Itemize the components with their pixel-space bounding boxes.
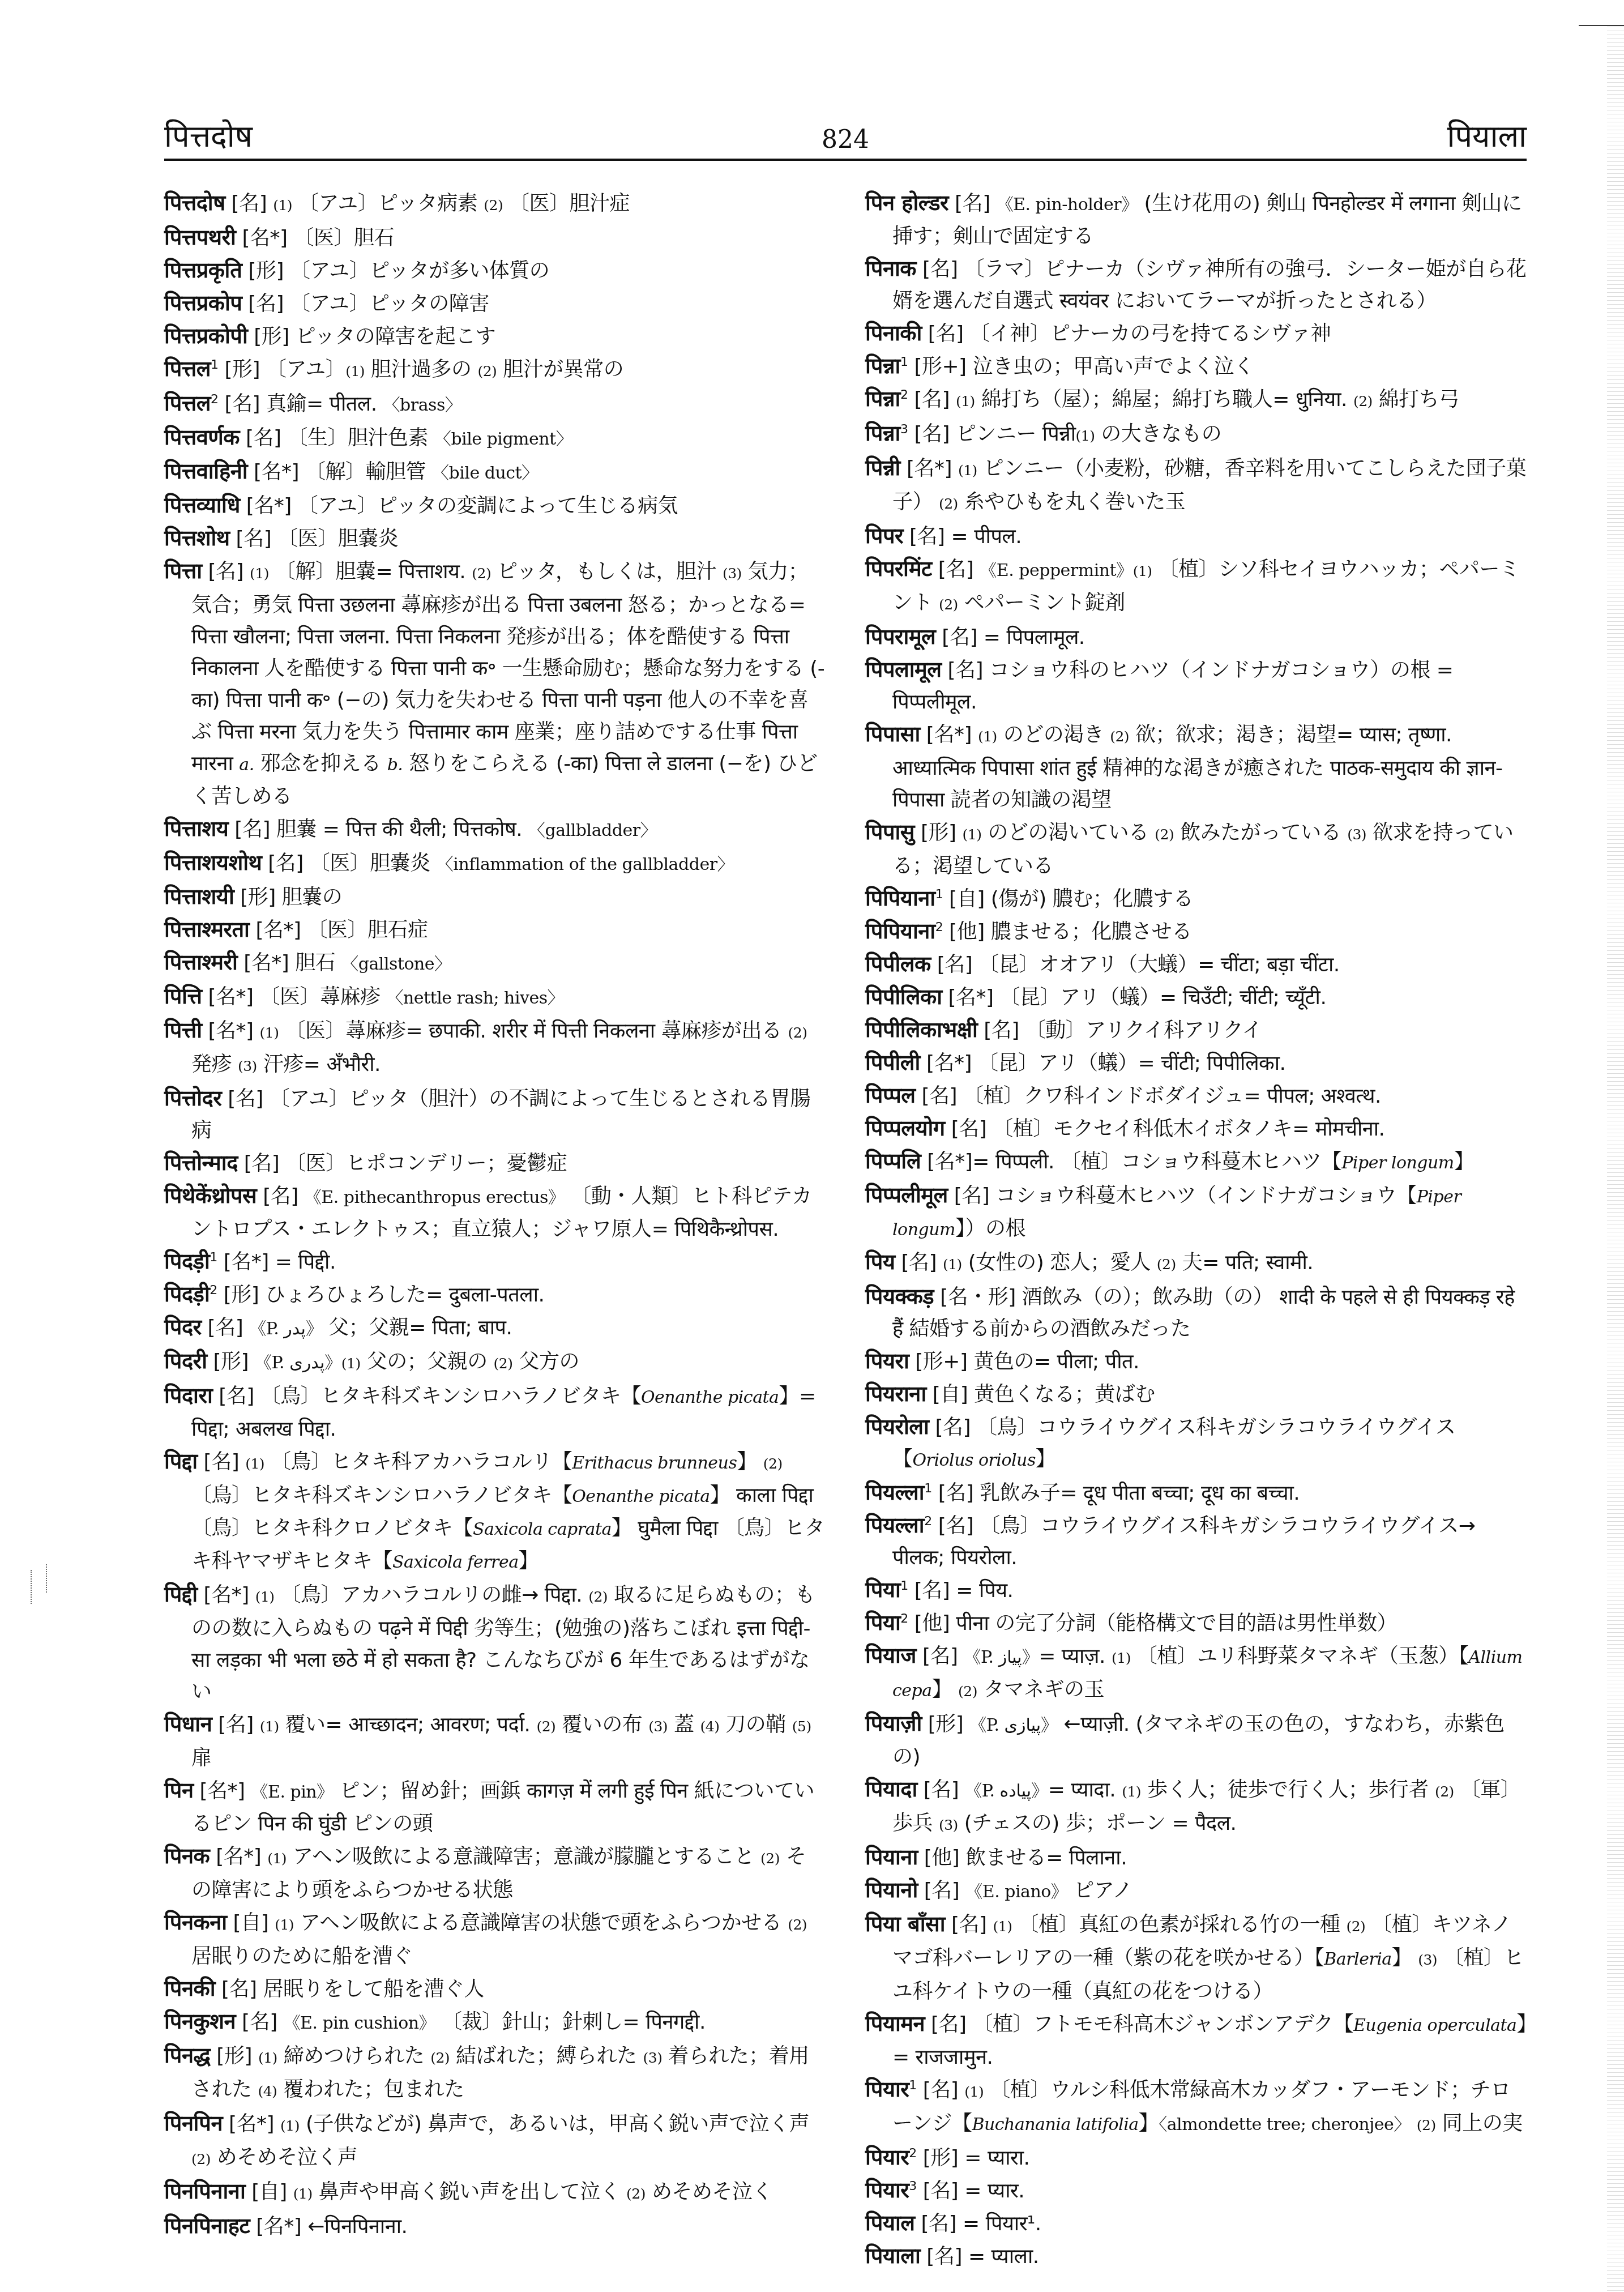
headword: पित्तवर्णक [164,425,240,450]
definition-text: [名] [198,1450,245,1474]
definition-text: [名*] [198,1584,255,1607]
headword: पिपीलिकाभक्षी [865,1017,977,1042]
definition-text: [他] पीना の完了分詞（能格構文で目的語は男性単数） [908,1612,1398,1635]
sense-number: (1) [293,2186,313,2202]
sense-number: (1) [993,1918,1012,1935]
headword: पिनकुशन [164,2009,236,2034]
left-column: पित्तदोष [名] (1) 〔アユ〕ピッタ病素 (2) 〔医〕胆汁症पित… [164,187,826,2243]
headword: पिया [865,1577,900,1602]
definition-text: 】 [1454,1150,1475,1173]
sense-number: (1) [275,1917,294,1933]
etymology-gloss: 《P. پدری》 [255,1353,341,1373]
homograph-number: 1 [900,355,908,369]
dictionary-entry: पिय [名] (1) (女性の) 恋人；愛人 (2) 夫= पति; स्वा… [865,1246,1527,1281]
definition-text: 胆汁が異常の [497,358,623,381]
headword: पित्तोदर [164,1086,221,1111]
headword: पित्तल [164,356,211,381]
dictionary-entry: पिदारा [名] 〔鳥〕ヒタキ科ズキンシロハラノビタキ【Oenanthe p… [164,1380,826,1445]
definition-text: [名] 〔生〕胆汁色素 [240,426,434,450]
definition-text: [名*] [194,1779,251,1803]
definition-text: [名] [917,2078,964,2102]
definition-text: [名・形] 酒飲み（の）；飲み助（の） शादी के पहले से ही प… [892,1286,1515,1341]
sense-number: (2) [788,1917,807,1933]
homograph-number: 1 [210,1250,217,1265]
headword: पिप्पल [865,1083,915,1108]
headword: पित्तल [164,391,211,416]
headword: पिनक [164,1843,210,1868]
dictionary-entry: पियरोला [名] 〔鳥〕コウライウグイス科キガシラコウライウグイス【Ori… [865,1411,1527,1476]
definition-text: [名*] [900,457,958,480]
dictionary-entry: पित्ताशय [名] 胆嚢 = पित्त की थैली; पित्तको… [164,813,826,847]
dictionary-entry: पिदर [名] 《P. پدر》 父；父親= पिता; बाप. [164,1311,826,1345]
sense-number: (3) [643,2050,663,2066]
sense-number: (2) [1346,1918,1365,1935]
definition-text: 〔アユ〕ピッタ病素 [292,192,484,215]
headword: पियल्ला [865,1480,924,1505]
definition-text: [名] 〔鳥〕コウライウグイス科キガシラコウライウグイス→ पीलक; पियर… [892,1514,1475,1569]
dictionary-entry: पित्तप्रकोपी [形] ピッタの障害を起こす [164,320,826,353]
dictionary-entry: पियल्ला1 [名] 乳飲み子= दूध पीता बच्चा; दूध क… [865,1476,1527,1509]
scientific-name: a. [239,755,254,775]
headword: पिदर [164,1314,202,1339]
headword: पिनद्ध [164,2043,210,2068]
definition-text: [名] 〔昆〕オオアリ（大蟻）= चींटा; बड़ा चींटा. [931,953,1340,976]
homograph-number: 1 [909,2078,917,2093]
headword: पियराना [865,1381,926,1406]
dictionary-entry: पिन्नी [名*] (1) ピンニー（小麦粉，砂糖，香辛料を用いてこしらえた… [865,452,1527,520]
headword: पिय [865,1249,895,1274]
dictionary-entry: पित्तवाहिनी [名*] 〔解〕輸胆管 〈bile duct〉 [164,455,826,489]
definition-text: [名] 〔アユ〕ピッタの障害 [242,292,489,315]
sense-number: (1) [978,728,997,745]
dictionary-entry: पिपर [名] = पीपल. [865,520,1527,553]
definition-text: [名] 乳飲み子= दूध पीता बच्चा; दूध का बच्चा. [932,1482,1300,1505]
definition-text: の大きなもの [1095,422,1221,446]
definition-text: [名] [918,1879,965,1902]
headword: पिदड़ी [164,1249,210,1274]
definition-text: [名] [932,558,980,581]
definition-text: 居眠りのために船を漕ぐ [191,1945,413,1968]
definition-text: 蓋 [668,1713,700,1736]
scientific-name: Saxicola ferrea [392,1552,519,1572]
etymology-gloss: 《E. pin》 [251,1782,334,1802]
definition-text: [自] [227,1911,275,1935]
definition-text: 歩く人；徒歩で行く人；歩行者 [1141,1778,1435,1802]
homograph-number: 1 [900,1579,908,1593]
headword: पिनकी [164,1976,215,2001]
definition-text: 】 [1036,1448,1056,1471]
sense-number: (2) [939,496,958,512]
definition-text: 〔裁〕針山；針刺し= पिनगद्दी. [435,2011,706,2034]
definition-text: [名] 〔医〕胆嚢炎 [262,852,436,875]
headword: पिपलामूल [865,657,942,682]
scientific-name: Erithacus brunneus [572,1453,737,1473]
definition-text: 〔鳥〕アカハラコルリの雌→ पिद्दा. [275,1584,589,1607]
definition-text: = प्यादा. [1048,1778,1122,1802]
dictionary-entry: पित्ताशयशोथ [名] 〔医〕胆嚢炎 〈inflammation of … [164,847,826,881]
definition-text: [形] 胆嚢の [234,886,342,909]
sense-number: (3) [939,1817,958,1833]
dictionary-entry: पियामन [名] 〔植〕フトモモ科高木ジャンボンアデク【Eugenia op… [865,2008,1527,2073]
headword: पिप्पलयोग [865,1116,945,1141]
sense-number: (2) [1353,393,1373,409]
definition-text: [形+] 泣き虫の；甲高い声でよく泣く [908,355,1254,378]
definition-text: 綿打ち弓 [1373,388,1459,411]
definition-text: [他] 飲ませる= पिलाना. [918,1846,1127,1870]
definition-text: 〔医〕蕁麻疹= छपाकी. शरीर में पित्ती निकलना 蕁麻… [279,1019,788,1043]
definition-text: [名] [917,1778,965,1802]
dictionary-entry: पित्तशोथ [名] 〔医〕胆嚢炎 [164,522,826,555]
dictionary-entry: पिप्पलि [名*]= पिप्पली. 〔植〕コショウ科蔓木ヒハツ【Pip… [865,1145,1527,1179]
headword: पिनपिनाना [164,2179,245,2204]
scientific-name: Eugenia operculata [1353,2016,1516,2035]
dictionary-entry: पिथेकेंथ्रोपस [名] 《E. pithecanthropus er… [164,1180,826,1245]
headword: पित्ता [164,558,202,583]
dictionary-entry: पियाला [名] = प्याला. [865,2240,1527,2273]
headword: पिपीली [865,1050,920,1075]
dictionary-entry: पियक्कड़ [名・形] 酒飲み（の）；飲み助（の） शादी के पहल… [865,1281,1527,1345]
headword: पियार [865,2145,909,2170]
headword: पित्ताशय [164,816,228,841]
sense-number: (1) [267,1850,287,1867]
definition-text: ピアノ [1067,1879,1132,1902]
headword: पिदारा [164,1383,212,1408]
definition-text: ペパーミント錠剤 [958,591,1125,614]
definition-text: 〔鳥〕ヒタキ科アカハラコルリ【 [264,1450,572,1474]
page-header: पित्तदोष 824 पियाला [164,113,1527,161]
definition-text: 綿打ち（屋）；綿屋；綿打ち職人= धुनिया. [975,388,1353,411]
definition-text: [名] 〔アユ〕ピッタ（胆汁）の不調によって生じるとされる胃腸病 [191,1087,810,1142]
definition-text: [形] 〔アユ〕 [218,358,345,381]
sense-number: (1) [280,2118,300,2134]
headword: पिनपिनाहट [164,2213,250,2238]
headword: पिदड़ी [164,1282,210,1307]
definition-text [1411,2112,1417,2135]
sense-number: (2) [1157,1256,1176,1273]
dictionary-entry: पियार2 [形] = प्यारा. [865,2141,1527,2174]
dictionary-entry: पित्ताशयी [形] 胆嚢の [164,881,826,914]
dictionary-entry: पियादा [名] 《P. پیاده》= प्यादा. (1) 歩く人；徒… [865,1773,1527,1841]
dictionary-entry: पिपरामूल [名] = पिपलामूल. [865,621,1527,654]
scientific-name: b. [387,755,403,775]
homograph-number: 2 [210,1283,217,1297]
definition-text: [名*] 〔アユ〕ピッタの変調によって生じる病気 [240,494,678,518]
dictionary-entry: पिदरी [形] 《P. پدری》(1) 父の；父親の (2) 父方の [164,1345,826,1380]
dictionary-entry: पिनद्ध [形] (1) 締めつけられた (2) 結ばれた；縛られた (3)… [164,2039,826,2107]
definition-text: = प्याज़. [1038,1645,1112,1668]
definition-text: 〔植〕ユリ科野菜タマネギ（玉葱）【 [1131,1645,1468,1668]
definition-text: [形] [210,2045,258,2068]
dictionary-entry: पियानो [名] 《E. piano》 ピアノ [865,1874,1527,1908]
definition-text: [名*]= पिप्पली. 〔植〕コショウ科蔓木ヒハツ【 [921,1150,1341,1173]
definition-text: [名] = पिपलामूल. [935,626,1084,649]
headword: पिन्ना [865,386,900,411]
headword: पिथेकेंथ्रोपस [164,1183,257,1208]
sense-number: (1) [956,393,975,409]
page-number: 824 [822,125,869,154]
page-edge-shadow [1607,25,1624,2292]
headword: पित्तदोष [164,190,225,215]
etymology-gloss: 〈bile pigment〉 [434,429,572,449]
definition-text: [名] [948,192,996,215]
sense-number: (1) [255,1589,275,1605]
sense-number: (2) [788,1025,807,1041]
dictionary-entry: पित्तोन्माद [名] 〔医〕ヒポコンデリー；憂鬱症 [164,1147,826,1180]
definition-text: 】 [932,1678,958,1701]
definition-text: [形+] 黄色の= पीला; पीत. [909,1350,1139,1373]
headword: पिनाकी [865,321,922,345]
definition-text: 飲みたがっている [1174,821,1347,844]
sense-number: (2) [1155,826,1174,843]
definition-text: [名*] ←पिनपिनाना. [250,2215,407,2238]
headword: पित्तोन्माद [164,1150,238,1175]
definition-text: [名] 〔イ神〕ピナーカの弓を持てるシヴァ神 [922,322,1331,345]
dictionary-entry: पिपलामूल [名] コショウ科のヒハツ（インドナガコショウ）の根 = पि… [865,654,1527,718]
headword: पियादा [865,1777,917,1802]
dictionary-entry: पिपासु [形] (1) のどの渇いている (2) 飲みたがっている (3)… [865,816,1527,882]
dictionary-entry: पिनक [名*] (1) アヘン吸飲による意識障害；意識が朦朧とすること (2… [164,1840,826,1906]
sense-number: (3) [238,1058,257,1074]
definition-text: [名*] 〔解〕輸胆管 [247,460,432,484]
dictionary-entry: पिपीलिका [名*] 〔昆〕アリ（蟻）= चिउँटी; चींटी; च… [865,981,1527,1014]
homograph-number: 1 [211,358,219,372]
etymology-gloss: 〈almondette tree; cheronjee〉 [1159,2115,1411,2135]
dictionary-entry: पिप्पलयोग [名] 〔植〕モクセイ科低木イボタノキ= मोमचीना. [865,1112,1527,1145]
headword: पिया [865,1610,900,1635]
sense-number: (1) [1112,1650,1131,1666]
definition-text: 】）の根 [955,1217,1025,1240]
dictionary-entry: पियाना [他] 飲ませる= पिलाना. [865,1841,1527,1874]
definition-text: [名*] [223,2112,280,2136]
sense-number: (2) [939,596,958,613]
definition-text: [名] = प्याला. [920,2245,1038,2268]
dictionary-entry: पिनकी [名] 居眠りをして船を漕ぐ人 [164,1973,826,2005]
dictionary-entry: पित्तपथरी [名*] 〔医〕胆石 [164,221,826,254]
headword: पिधान [164,1711,212,1736]
definition-text: [名] [212,1713,259,1736]
definition-text: [名] 〔ラマ〕ピナーカ（シヴァ神所有の強弓．シーター姫が自ら花婿を選んだ自選式… [892,258,1526,313]
definition-text: [自] 黄色くなる；黄ばむ [926,1383,1155,1406]
homograph-number: 1 [924,1482,932,1496]
definition-text: [名] [908,388,955,411]
sense-number: (4) [258,2083,277,2099]
etymology-gloss: 《E. pithecanthropus erectus》 [305,1188,565,1207]
headword: पियक्कड़ [865,1284,934,1309]
definition-text: [名*] [920,723,978,746]
dictionary-entry: पिप्पलीमूल [名] コショウ科蔓木ヒハツ（インドナガコショウ【Pipe… [865,1179,1527,1246]
definition-text: [名] [945,1913,993,1936]
etymology-gloss: 〈gallbladder〉 [528,821,657,840]
definition-text: [形] = प्यारा. [917,2146,1030,2170]
sense-number: (2) [472,565,491,582]
dictionary-entry: पित्तोदर [名] 〔アユ〕ピッタ（胆汁）の不調によって生じるとされる胃腸… [164,1082,826,1147]
scientific-name: Piper longum [1341,1153,1454,1173]
headword: पित्ताश्मरता [164,917,249,942]
headword: पिन होल्डर [865,190,948,215]
definition-text: 鼻声や甲高く鋭い声を出して泣く [313,2180,626,2204]
etymology-gloss: 《E. pin cushion》 [284,2013,435,2033]
homograph-number: 3 [909,2179,917,2193]
headword: पियाज [865,1643,916,1668]
dictionary-entry: पिनपिनाना [自] (1) 鼻声や甲高く鋭い声を出して泣く (2) めそ… [164,2175,826,2210]
sense-number: (5) [792,1718,811,1735]
headword: पिन्नी [865,455,900,480]
definition-text: アヘン吸飲による意識障害；意識が朦朧とすること [287,1845,760,1868]
dictionary-entry: पित्तदोष [名] (1) 〔アユ〕ピッタ病素 (2) 〔医〕胆汁症 [164,187,826,221]
dictionary-entry: पिनपिन [名*] (1) (子供などが) 鼻声で，あるいは，甲高く鋭い声で… [164,2107,826,2175]
dictionary-entry: पिया बाँसा [名] (1) 〔植〕真紅の色素が採れる竹の一種 (2) … [865,1908,1527,2008]
dictionary-entry: पिद्दी [名*] (1) 〔鳥〕アカハラコルリの雌→ पिद्दा. (2… [164,1578,826,1708]
headword: पिपीलिका [865,984,942,1009]
headword: पित्तपथरी [164,225,236,250]
definition-text: 父；父親= पिता; बाप. [322,1316,512,1339]
etymology-gloss: 〈inflammation of the gallbladder〉 [437,855,734,874]
dictionary-entry: पिनपिनाहट [名*] ←पिनपिनाना. [164,2210,826,2243]
dictionary-entry: पिपरमिंट [名] 《E. peppermint》(1) 〔植〕シソ科セイ… [865,553,1527,621]
definition-text: 邪念を抑える [254,752,387,775]
headword: पित्ताशयी [164,884,234,909]
headword: पिपीलक [865,951,931,976]
sense-number: (2) [477,363,497,379]
definition-text: [名] ピンニー पिन्नी [908,422,1075,446]
headword: पित्ति [164,984,202,1009]
dictionary-entry: पिया1 [名] = पिय. [865,1574,1527,1607]
sense-number: (2) [494,1355,513,1372]
definition-text: [名] 胆嚢 = पित्त की थैली; पित्तकोष. [228,818,528,841]
scientific-name: Oenanthe picata [641,1388,779,1407]
sense-number: (1) [963,826,982,843]
definition-text: 】 [1392,1947,1418,1970]
definition-text: [名] 〔医〕ヒポコンデリー；憂鬱症 [238,1152,567,1175]
homograph-number: 1 [935,887,943,902]
headword: पित्तशोथ [164,526,230,550]
dictionary-entry: पियाज़ी [形] 《P. پیازی》 ←प्याज़ी. (タマネギの玉… [865,1708,1527,1773]
scientific-name: Barleria [1324,1949,1391,1969]
etymology-gloss: 《E. piano》 [965,1882,1067,1902]
dictionary-entry: पित्तल2 [名] 真鍮= पीतल. 〈brass〉 [164,387,826,421]
sense-number: (1) [958,462,977,479]
definition-text: [名] [916,1645,964,1668]
definition-text: [名] [202,1316,249,1339]
definition-text: 糸やひもを丸く巻いた玉 [958,490,1185,514]
headword: पिनकना [164,1910,227,1935]
sense-number: (1) [1122,1783,1141,1800]
headword: पित्तप्रकृति [164,258,242,283]
sense-number: (3) [723,565,742,582]
definition-text: のどの渇き [997,723,1110,746]
sense-number: (3) [1347,826,1366,843]
dictionary-entry: पिनकुशन [名] 《E. pin cushion》 〔裁〕針山；針刺し= … [164,2005,826,2039]
definition-text: [名*] 〔昆〕アリ（蟻）= चींटी; पिपीलिका. [920,1052,1286,1075]
etymology-gloss: 《E. pin-holder》 [997,195,1138,215]
sense-number: (2) [588,1589,608,1605]
headword: पिद्दा [164,1449,198,1474]
headword: पियरोला [865,1414,929,1439]
dictionary-entry: पिधान [名] (1) 覆い= आच्छादन; आवरण; पर्दा. … [164,1708,826,1774]
definition-text: [名] 居眠りをして船を漕ぐ人 [215,1978,484,2001]
headword: पिदरी [164,1348,207,1373]
dictionary-entry: पित्तवर्णक [名] 〔生〕胆汁色素 〈bile pigment〉 [164,421,826,455]
definition-text: [名] [236,2011,283,2034]
headword: पित्तप्रकोपी [164,323,247,348]
definition-text: 】 [519,1550,539,1573]
headword: पिपासा [865,722,920,746]
etymology-gloss: 《P. پیاز》 [964,1647,1039,1667]
definition-text: タマネギの玉 [977,1678,1104,1701]
sense-number: (2) [626,2186,646,2202]
sense-number: (1) [258,2050,277,2066]
sense-number: (2) [760,1850,780,1867]
headword: पिप्पलीमूल [865,1183,948,1207]
definition-text: 〔鳥〕ヒタキ科ズキンシロハラノビタキ【 [191,1484,572,1507]
definition-text: [形] ひょろひょろした= दुबला-पतला. [217,1283,545,1307]
definition-text: 】 [1139,2112,1159,2135]
sense-number: (1) [1075,428,1095,444]
definition-text: [名*] [202,1019,260,1043]
headword: पिन्ना [865,353,900,378]
dictionary-entry: पित्ती [名*] (1) 〔医〕蕁麻疹= छपाकी. शरीर में … [164,1014,826,1082]
dictionary-entry: पिपीलक [名] 〔昆〕オオアリ（大蟻）= चींटा; बड़ा चींट… [865,948,1527,981]
dictionary-entry: पित्तव्याधि [名*] 〔アユ〕ピッタの変調によって生じる病気 [164,489,826,522]
definition-text: 〔解〕胆嚢= पित्ताशय. [269,560,472,583]
dictionary-entry: पिदड़ी2 [形] ひょろひょろした= दुबला-पतला. [164,1278,826,1311]
sense-number: (1) [250,565,269,582]
definition-text: [名] コショウ科蔓木ヒハツ（インドナガコショウ【 [948,1184,1417,1207]
sense-number: (4) [700,1718,720,1735]
definition-text: [名] 〔動〕アリクイ科アリクイ [977,1019,1262,1042]
definition-text: [名] 〔医〕胆嚢炎 [230,527,398,550]
dictionary-entry: पित्तप्रकृति [形] 〔アユ〕ピッタが多い体質の [164,254,826,287]
definition-text: 同上の実 [1436,2112,1523,2135]
headword: पित्ताशयशोथ [164,850,262,875]
sense-number: (2) [1417,2117,1436,2133]
dictionary-entry: पित्ताश्मरी [名*] 胆石 〈gallstone〉 [164,946,826,980]
definition-text: [名*] 〔医〕胆石症 [249,919,428,942]
scientific-name: Oenanthe picata [572,1487,710,1506]
dictionary-entry: पियरा [形+] 黄色の= पीला; पीत. [865,1345,1527,1378]
dictionary-entry: पिपासा [名*] (1) のどの渇き (2) 欲；欲求；渇き；渇望= प्… [865,718,1527,816]
definition-text: 〔植〕真紅の色素が採れる竹の一種 [1012,1913,1347,1936]
definition-text: 〔医〕胆汁症 [503,192,630,215]
definition-text: 気力；気合；勇気 पित्ता उछलना 蕁麻疹が出る पित्ता उबलन… [191,560,824,775]
guide-word-left: पित्तदोष [164,121,253,152]
definition-text: [名] 真鍮= पीतल. [218,392,383,416]
sense-number: (1) [1133,563,1152,579]
right-column: पिन होल्डर [名] 《E. pin-holder》 (生け花用の) 剣… [865,187,1527,2273]
definition-text: めそめそ泣く [646,2180,772,2204]
headword: पियानो [865,1877,918,1902]
definition-text: 発疹 [191,1053,238,1076]
dictionary-entry: पिन [名*] 《E. pin》 ピン；留め針；画鋲 कागज़ में लग… [164,1774,826,1840]
headword: पिन [164,1778,194,1803]
etymology-gloss: 〈brass〉 [383,395,462,415]
headword: पिन्ना [865,421,900,446]
sense-number: (2) [1110,728,1129,745]
scientific-name: Buchanania latifolia [972,2115,1138,2135]
dictionary-entry: पिन होल्डर [名] 《E. pin-holder》 (生け花用の) 剣… [865,187,1527,253]
etymology-gloss: 〈bile duct〉 [432,463,539,483]
headword: पित्तव्याधि [164,493,240,518]
definition-text: 胆汁過多の [365,358,477,381]
dictionary-entry: पिनाकी [名] 〔イ神〕ピナーカの弓を持てるシヴァ神 [865,317,1527,350]
dictionary-entry: पिन्ना2 [名] (1) 綿打ち（屋）；綿屋；綿打ち職人= धुनिया.… [865,383,1527,417]
headword: पित्तवाहिनी [164,459,247,484]
etymology-gloss: 《P. پدر》 [249,1319,322,1339]
sense-number: (2) [430,2050,450,2066]
definition-text: [他] 膿ませる；化膿させる [943,920,1191,944]
dictionary-entry: पिन्ना3 [名] ピンニー पिन्नी(1) の大きなもの [865,417,1527,452]
definition-text: 汗疹= अँभौरी. [257,1053,381,1076]
